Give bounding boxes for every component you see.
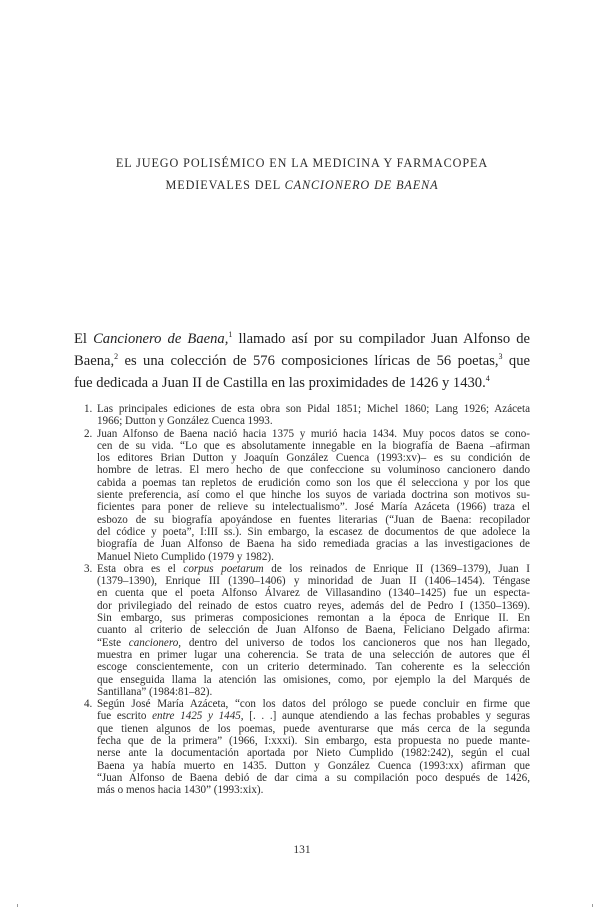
footnote-number: 3. <box>84 563 92 575</box>
title-line-2: MEDIEVALES DEL CANCIONERO DE BAENA <box>60 174 544 196</box>
body-paragraph: El Cancionero de Baena,1 llamado así por… <box>74 328 530 394</box>
article-title: EL JUEGO POLISÉMICO EN LA MEDICINA Y FAR… <box>60 152 544 196</box>
footnotes: 1. Las principales ediciones de esta obr… <box>84 403 530 797</box>
body-line-1: El Cancionero de Baena,1 llamado así por… <box>74 328 530 350</box>
footnote-1: 1. Las principales ediciones de esta obr… <box>84 403 530 428</box>
footnote-2: 2. Juan Alfonso de Baena nació hacia 137… <box>84 428 530 563</box>
body-line-2: Baena,2 es una colección de 576 composic… <box>74 350 530 372</box>
footnote-number: 4. <box>84 698 92 710</box>
footnote-number: 1. <box>84 403 92 415</box>
footnote-number: 2. <box>84 428 92 440</box>
footnote-4: 4. Según José María Azáceta, “con los da… <box>84 698 530 796</box>
page-number: 131 <box>0 844 604 856</box>
title-line-1: EL JUEGO POLISÉMICO EN LA MEDICINA Y FAR… <box>60 152 544 174</box>
footnote-ref-4[interactable]: 4 <box>486 374 490 383</box>
body-line-3: fue dedicada a Juan II de Castilla en la… <box>74 372 530 394</box>
title-italic-cancionero: CANCIONERO DE BAENA <box>285 178 439 192</box>
footnote-3: 3. Esta obra es el corpus poetarum de lo… <box>84 563 530 698</box>
